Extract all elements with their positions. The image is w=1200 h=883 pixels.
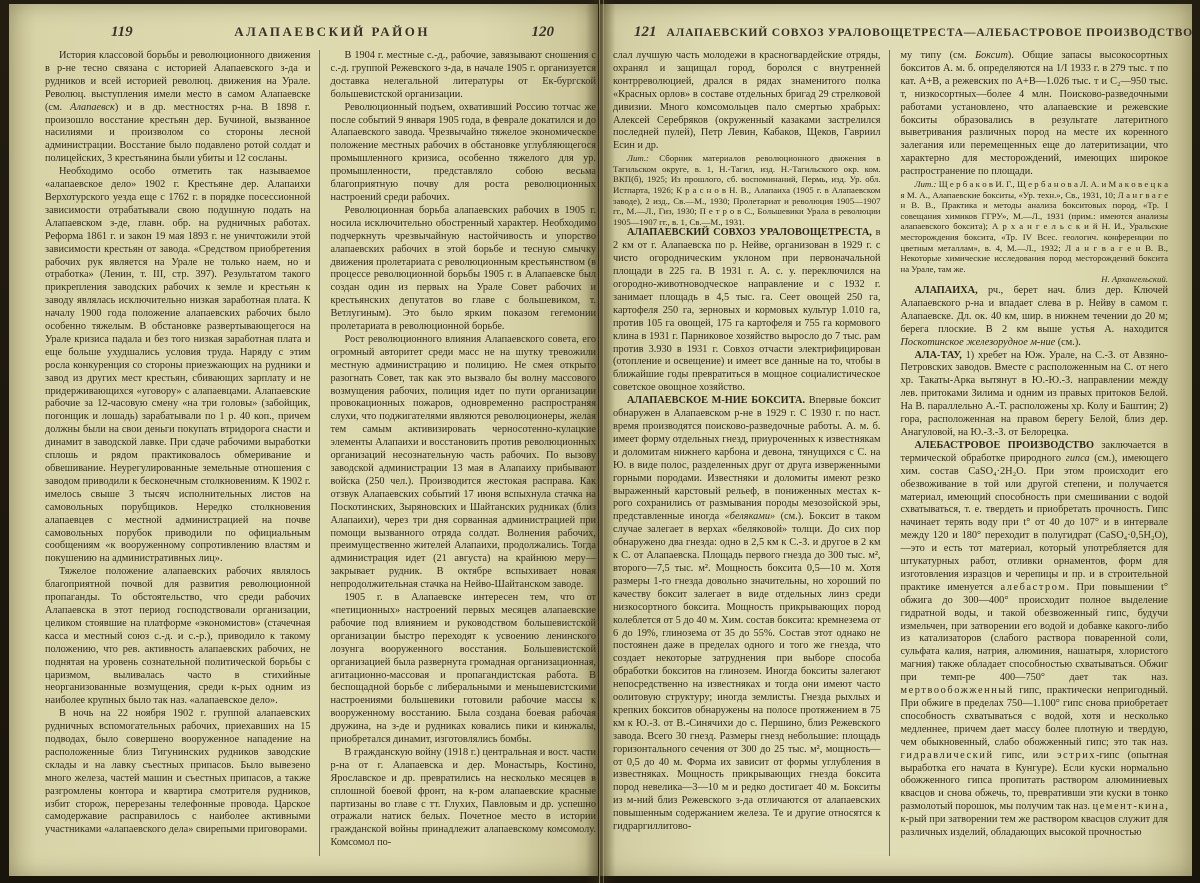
- text-segment: Алапаевск: [70, 102, 115, 113]
- text-segment: Лит.:: [627, 153, 649, 163]
- running-head-right: 121 АЛАПАЕВСКИЙ СОВХОЗ УРАЛОВОЩЕТРЕСТА—А…: [600, 4, 1192, 41]
- text-segment: АЛАПАЕВСКОЕ М-НИЕ БОКСИТА.: [627, 395, 805, 406]
- text-column: История классовой борьбы и революционног…: [45, 50, 311, 856]
- book-spread: 119 АЛАПАЕВСКИЙ РАЙОН 120 История классо…: [0, 0, 1200, 883]
- body-paragraph: слал лучшую часть молодежи в красногвард…: [613, 50, 881, 153]
- page-columns: слал лучшую часть молодежи в красногвард…: [600, 50, 1192, 856]
- body-paragraph: му типу (см. Боксит). Общие запасы высок…: [901, 50, 1169, 179]
- text-segment: гипса: [1066, 453, 1090, 464]
- text-segment: гипс, или: [994, 750, 1058, 761]
- text-segment: Тяжелое положение алапаевских рабочих яв…: [45, 566, 311, 706]
- running-title: АЛАПАЕВСКИЙ РАЙОН: [133, 24, 532, 40]
- text-segment: Необходимо особо отметить так называемое…: [45, 166, 311, 564]
- text-segment: Рост революционного влияния Алапаевского…: [331, 334, 597, 590]
- text-segment: (см.). Боксит в таком случае залегает в …: [613, 511, 881, 832]
- text-segment: АЛАПАИХА,: [915, 285, 978, 296]
- text-segment: му типу (см.: [901, 50, 976, 61]
- text-segment: . При повышении t° обжига до 300—400° пр…: [901, 582, 1169, 683]
- body-paragraph: В ночь на 22 ноября 1902 г. группой алап…: [45, 708, 311, 837]
- text-segment: АЛА-ТАУ,: [915, 350, 962, 361]
- body-paragraph: В гражданскую войну (1918 г.) центральна…: [331, 747, 597, 850]
- text-segment: Щ е р б а к о в И. Г., Щ е р б а н о в а…: [901, 179, 1169, 274]
- text-segment: В гражданскую войну (1918 г.) центральна…: [331, 747, 597, 848]
- body-paragraph: Необходимо особо отметить так называемое…: [45, 166, 311, 566]
- text-segment: гидравлический: [901, 750, 994, 761]
- text-column: В 1904 г. местные с.-д., рабочие, завязы…: [319, 50, 597, 856]
- text-segment: Сборник материалов революционного движен…: [613, 153, 881, 227]
- page-number: 119: [111, 24, 133, 41]
- text-segment: Лит.:: [915, 179, 937, 189]
- body-paragraph: АЛЕБАСТРОВОЕ ПРОИЗВОДСТВО заключается в …: [901, 440, 1169, 840]
- body-paragraph: Революционный подъем, охвативший Россию …: [331, 102, 597, 205]
- text-segment: ). Общие запасы высокосортных бокситов А…: [901, 50, 1169, 177]
- right-page: 121 АЛАПАЕВСКИЙ СОВХОЗ УРАЛОВОЩЕТРЕСТА—А…: [600, 4, 1192, 876]
- running-head-left: 119 АЛАПАЕВСКИЙ РАЙОН 120: [9, 4, 598, 41]
- body-paragraph: История классовой борьбы и революционног…: [45, 50, 311, 166]
- bibliography-paragraph: Лит.: Сборник материалов революционного …: [613, 153, 881, 227]
- text-segment: В ночь на 22 ноября 1902 г. группой алап…: [45, 708, 311, 835]
- text-segment: В 1904 г. местные с.-д., рабочие, завязы…: [331, 50, 597, 100]
- body-paragraph: Рост революционного влияния Алапаевского…: [331, 334, 597, 592]
- text-segment: Поскотинское железорудное м-ние: [901, 337, 1056, 348]
- text-segment: эстрих: [1057, 750, 1096, 761]
- page-number: 120: [532, 24, 555, 41]
- text-segment: «беляками»: [725, 511, 776, 522]
- text-segment: (см.).: [1055, 337, 1081, 348]
- text-segment: АЛЕБАСТРОВОЕ ПРОИЗВОДСТВО: [915, 440, 1095, 451]
- body-paragraph: АЛА-ТАУ, 1) хребет на Юж. Урале, на С.-З…: [901, 350, 1169, 440]
- text-column: слал лучшую часть молодежи в красногвард…: [613, 50, 881, 856]
- text-column: му типу (см. Боксит). Общие запасы высок…: [889, 50, 1169, 856]
- text-segment: Революционная борьба алапаевских рабочих…: [331, 205, 597, 332]
- body-paragraph: АЛАПАЕВСКОЕ М-НИЕ БОКСИТА. Впервые бокси…: [613, 395, 881, 834]
- text-segment: Впервые боксит обнаружен в Алапаевском р…: [613, 395, 881, 522]
- body-paragraph: АЛАПАЕВСКИЙ СОВХОЗ УРАЛОВОЩЕТРЕСТА, в 2 …: [613, 227, 881, 395]
- body-paragraph: Тяжелое положение алапаевских рабочих яв…: [45, 566, 311, 708]
- body-paragraph: В 1904 г. местные с.-д., рабочие, завязы…: [331, 50, 597, 102]
- page-number: 121: [634, 24, 657, 41]
- text-segment: цемент-кина: [1093, 801, 1166, 812]
- text-segment: Боксит: [975, 50, 1008, 61]
- body-paragraph: 1905 г. в Алапаевске интересен тем, что …: [331, 592, 597, 747]
- running-title: АЛАПАЕВСКИЙ СОВХОЗ УРАЛОВОЩЕТРЕСТА—АЛЕБА…: [657, 26, 1200, 39]
- text-segment: Революционный подъем, охвативший Россию …: [331, 102, 597, 203]
- text-segment: 1) хребет на Юж. Урале, на С.-З. от Авзя…: [901, 350, 1169, 438]
- text-segment: 1905 г. в Алапаевске интересен тем, что …: [331, 592, 597, 745]
- book-spine: [586, 0, 616, 883]
- text-segment: алебастром: [1000, 582, 1066, 593]
- left-page: 119 АЛАПАЕВСКИЙ РАЙОН 120 История классо…: [9, 4, 598, 876]
- text-segment: мертвообожженный: [901, 685, 1015, 696]
- text-segment: (см.), имеющего хим. состав CaSO₄·2H₂O. …: [901, 453, 1169, 593]
- body-paragraph: Революционная борьба алапаевских рабочих…: [331, 205, 597, 334]
- text-segment: слал лучшую часть молодежи в красногвард…: [613, 50, 881, 151]
- author-signature: Н. Архангельский.: [901, 274, 1169, 285]
- text-segment: Н. Архангельский.: [1101, 274, 1168, 284]
- bibliography-paragraph: Лит.: Щ е р б а к о в И. Г., Щ е р б а н…: [901, 179, 1169, 274]
- body-paragraph: АЛАПАИХА, рч., берет нач. близ дер. Ключ…: [901, 285, 1169, 350]
- text-segment: АЛАПАЕВСКИЙ СОВХОЗ УРАЛОВОЩЕТРЕСТА,: [627, 227, 872, 238]
- page-columns: История классовой борьбы и революционног…: [9, 50, 598, 856]
- text-segment: в 2 км от г. Алапаевска по р. Нейве, орг…: [613, 227, 881, 393]
